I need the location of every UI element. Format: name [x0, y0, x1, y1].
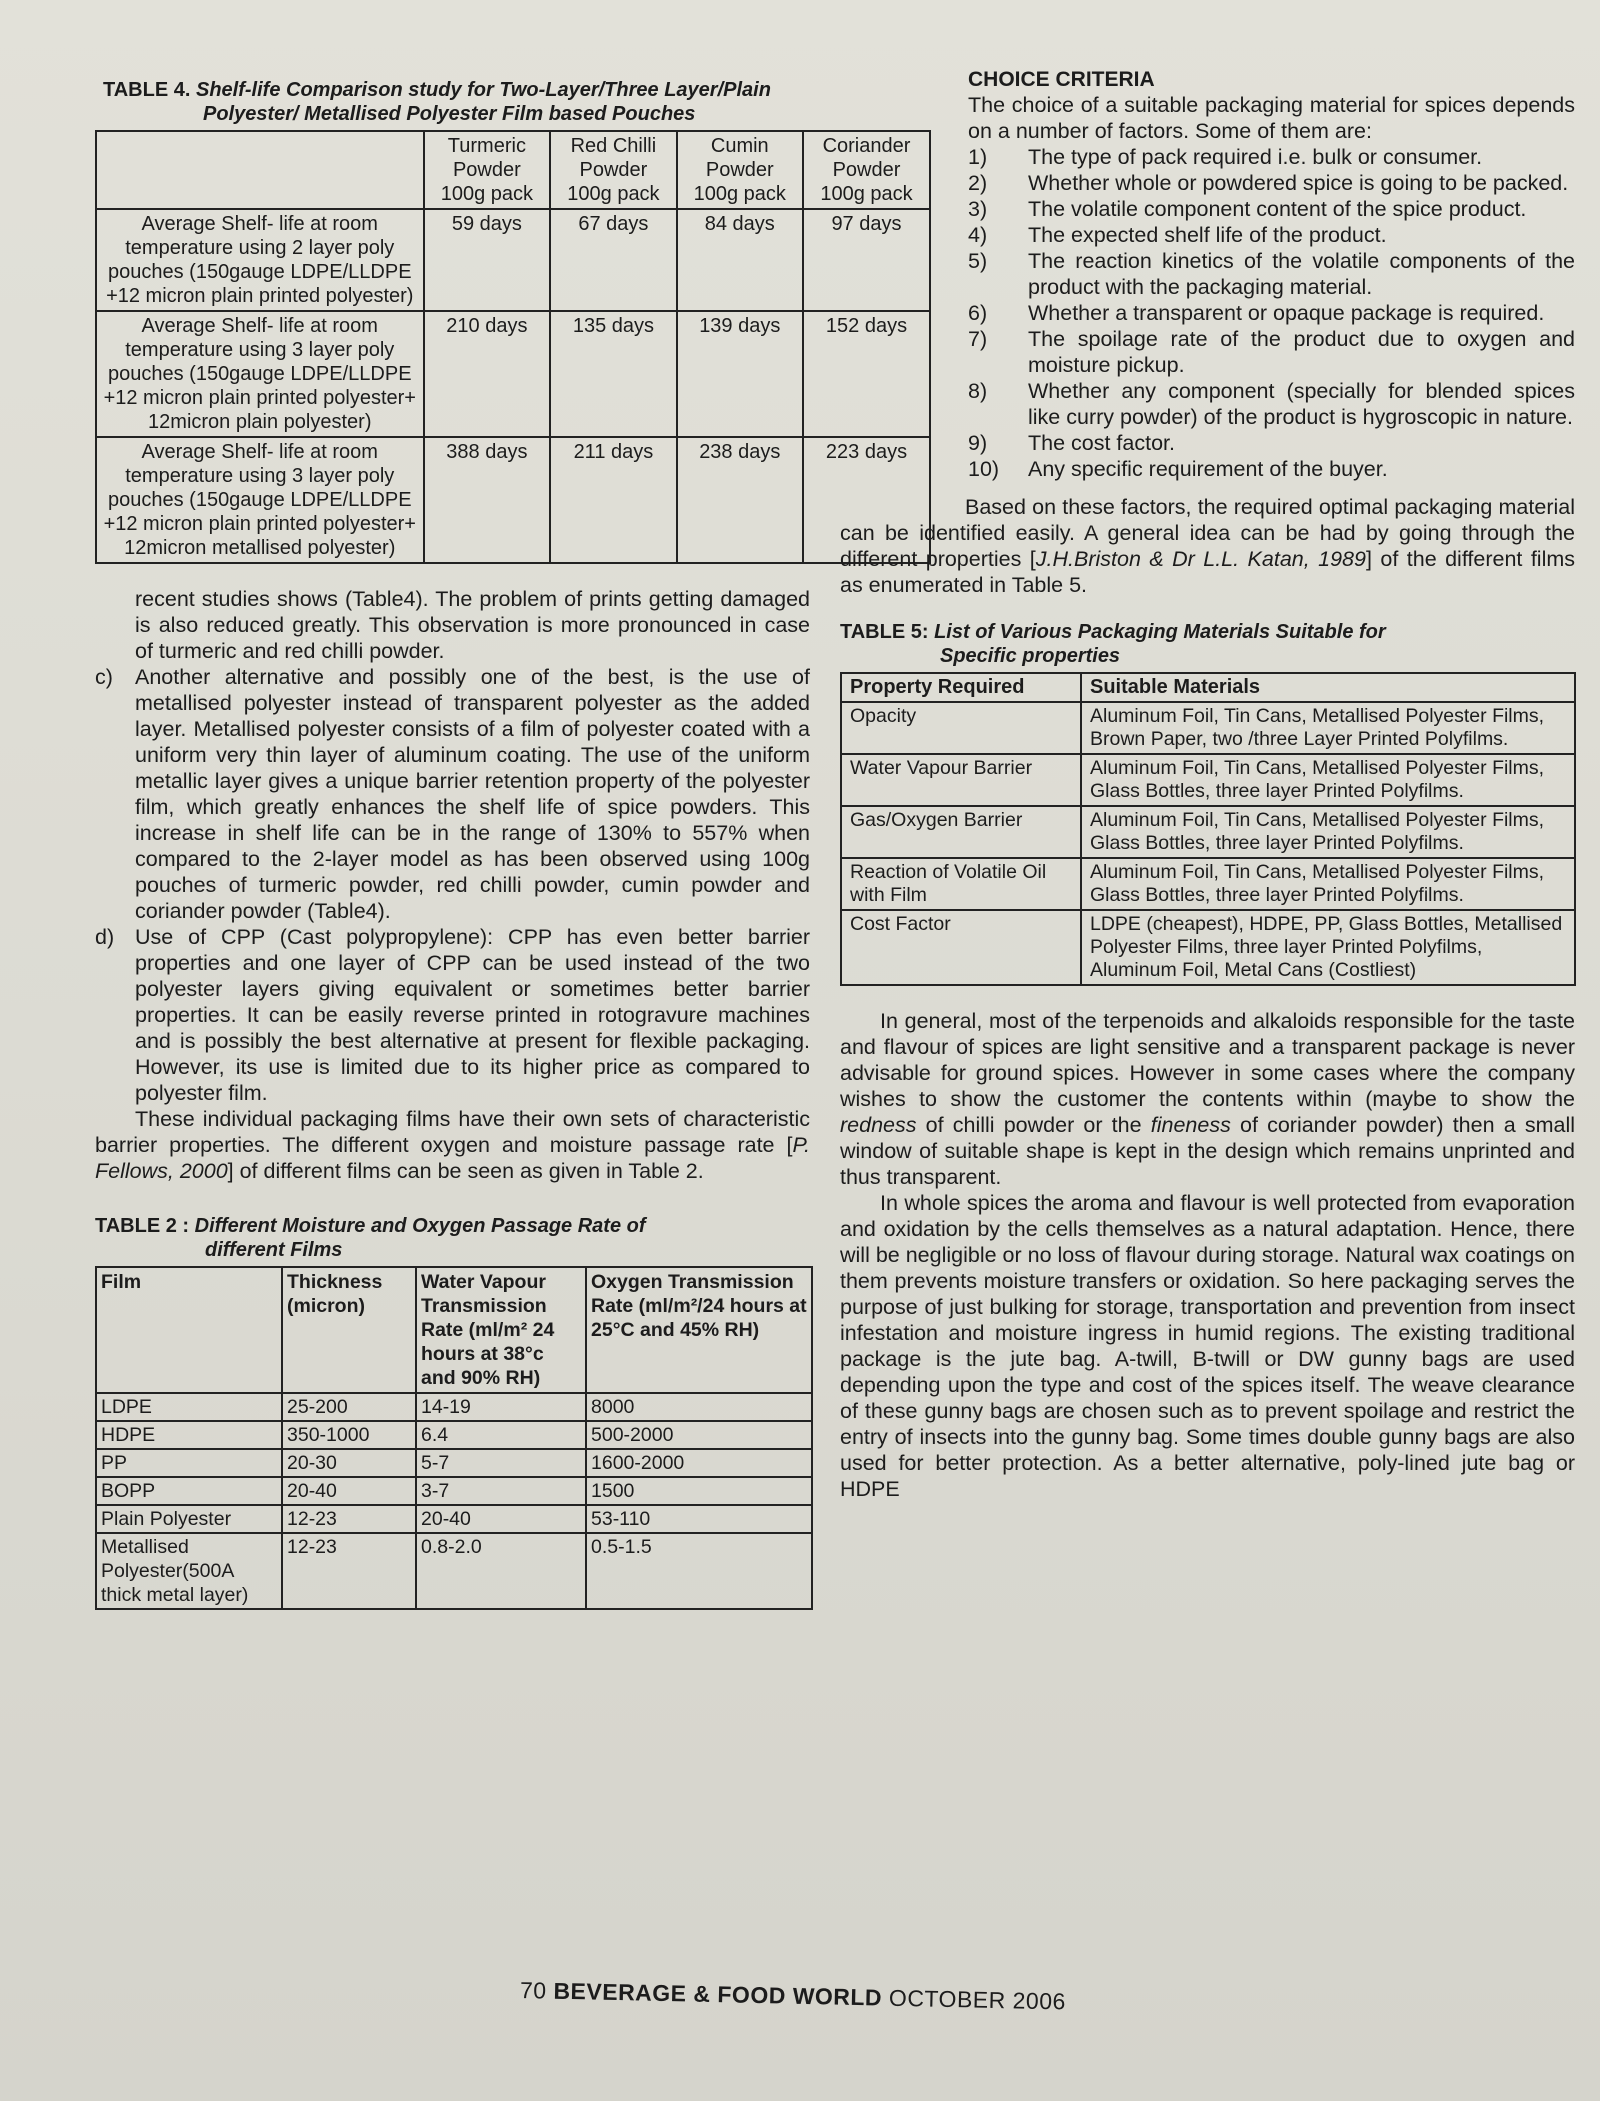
table-row: Opacity Aluminum Foil, Tin Cans, Metalli… [841, 702, 1575, 754]
choice-criteria-heading: CHOICE CRITERIA [968, 68, 1575, 92]
column-header: Turmeric Powder 100g pack [424, 131, 551, 209]
table-cell: 1500 [586, 1477, 812, 1505]
table2-passage-rates: Film Thickness (micron) Water Vapour Tra… [95, 1266, 813, 1610]
item-marker: 10) [968, 456, 1028, 482]
table-cell: LDPE (cheapest), HDPE, PP, Glass Bottles… [1081, 910, 1575, 985]
text-span: These individual packaging films have th… [95, 1107, 810, 1157]
table-cell: 59 days [424, 209, 551, 311]
table-cell: 238 days [677, 437, 803, 563]
criteria-item: 4)The expected shelf life of the product… [968, 222, 1575, 248]
table4-title-line2: Polyester/ Metallised Polyester Film bas… [103, 102, 935, 126]
table-cell: Metallised Polyester(500A thick metal la… [96, 1533, 282, 1609]
table-cell: Opacity [841, 702, 1081, 754]
item-text: The reaction kinetics of the volatile co… [1028, 248, 1575, 300]
criteria-item: 10)Any specific requirement of the buyer… [968, 456, 1575, 482]
table-row: Water Vapour Barrier Aluminum Foil, Tin … [841, 754, 1575, 806]
table2-label: TABLE 2 : [95, 1215, 189, 1237]
table5-packaging-materials: Property Required Suitable Materials Opa… [840, 672, 1576, 986]
table-cell: Plain Polyester [96, 1505, 282, 1533]
choice-criteria-section: The choice of a suitable packaging mater… [968, 92, 1575, 482]
text-span: In general, most of the terpenoids and a… [840, 1009, 1575, 1111]
criteria-item: 1)The type of pack required i.e. bulk or… [968, 144, 1575, 170]
list-item-d: d) Use of CPP (Cast polypropylene): CPP … [95, 924, 810, 1106]
criteria-item: 8)Whether any component (specially for b… [968, 378, 1575, 430]
table-header-row: Film Thickness (micron) Water Vapour Tra… [96, 1267, 812, 1393]
right-body-text: In general, most of the terpenoids and a… [840, 1008, 1575, 1502]
item-text: Any specific requirement of the buyer. [1028, 456, 1575, 482]
table-cell: 139 days [677, 311, 803, 437]
table-cell: 3-7 [416, 1477, 586, 1505]
table5-title-line1: List of Various Packaging Materials Suit… [934, 621, 1386, 643]
item-text: The spoilage rate of the product due to … [1028, 326, 1575, 378]
item-marker: 3) [968, 196, 1028, 222]
table-cell: 84 days [677, 209, 803, 311]
page-number: 70 [520, 1977, 547, 2004]
table-cell: 12-23 [282, 1533, 416, 1609]
table-row: PP 20-30 5-7 1600-2000 [96, 1449, 812, 1477]
continuation-paragraph: recent studies shows (Table4). The probl… [95, 586, 810, 664]
based-paragraph: Based on these factors, the required opt… [840, 494, 1575, 598]
table-row: Average Shelf- life at room temperature … [96, 209, 930, 311]
table4-label: TABLE 4. [103, 79, 190, 101]
table-cell: 500-2000 [586, 1421, 812, 1449]
column-header: Property Required [841, 673, 1081, 702]
row-label: Average Shelf- life at room temperature … [96, 311, 424, 437]
table-row: HDPE 350-1000 6.4 500-2000 [96, 1421, 812, 1449]
column-header: Thickness (micron) [282, 1267, 416, 1393]
item-text: The cost factor. [1028, 430, 1575, 456]
table-cell: 53-110 [586, 1505, 812, 1533]
table-cell: PP [96, 1449, 282, 1477]
item-text: The type of pack required i.e. bulk or c… [1028, 144, 1575, 170]
table-cell: Aluminum Foil, Tin Cans, Metallised Poly… [1081, 858, 1575, 910]
table-row: Average Shelf- life at room temperature … [96, 437, 930, 563]
item-marker: 2) [968, 170, 1028, 196]
item-text: Whether whole or powdered spice is going… [1028, 170, 1575, 196]
table-row: LDPE 25-200 14-19 8000 [96, 1393, 812, 1421]
table-header-row: Property Required Suitable Materials [841, 673, 1575, 702]
table-cell: 135 days [550, 311, 676, 437]
emphasis: fineness [1151, 1113, 1231, 1137]
magazine-name: BEVERAGE & FOOD WORLD [553, 1978, 882, 2011]
table5-title-line2: Specific properties [840, 644, 1575, 668]
left-column: TABLE 4. Shelf-life Comparison study for… [95, 78, 935, 1610]
table-cell: Aluminum Foil, Tin Cans, Metallised Poly… [1081, 702, 1575, 754]
criteria-intro: The choice of a suitable packaging mater… [968, 92, 1575, 144]
column-header: Cumin Powder 100g pack [677, 131, 803, 209]
item-text: Use of CPP (Cast polypropylene): CPP has… [135, 924, 810, 1106]
table-cell: 5-7 [416, 1449, 586, 1477]
item-marker: 9) [968, 430, 1028, 456]
table-row: Metallised Polyester(500A thick metal la… [96, 1533, 812, 1609]
item-marker: d) [95, 924, 135, 1106]
item-marker: 8) [968, 378, 1028, 430]
column-header: Oxygen Transmission Rate (ml/m²/24 hours… [586, 1267, 812, 1393]
item-text: The volatile component content of the sp… [1028, 196, 1575, 222]
table-row: Cost Factor LDPE (cheapest), HDPE, PP, G… [841, 910, 1575, 985]
criteria-item: 7)The spoilage rate of the product due t… [968, 326, 1575, 378]
item-marker: 5) [968, 248, 1028, 300]
item-text: Whether a transparent or opaque package … [1028, 300, 1575, 326]
text-span: of chilli powder or the [917, 1113, 1151, 1137]
table-cell: 6.4 [416, 1421, 586, 1449]
column-header: Water Vapour Transmission Rate (ml/m² 24… [416, 1267, 586, 1393]
criteria-item: 5)The reaction kinetics of the volatile … [968, 248, 1575, 300]
table-cell: 20-40 [416, 1505, 586, 1533]
table-cell: Aluminum Foil, Tin Cans, Metallised Poly… [1081, 806, 1575, 858]
table-cell: Water Vapour Barrier [841, 754, 1081, 806]
table5-caption: TABLE 5: List of Various Packaging Mater… [840, 620, 1575, 668]
table-row: Plain Polyester 12-23 20-40 53-110 [96, 1505, 812, 1533]
left-body-text: recent studies shows (Table4). The probl… [95, 586, 810, 1184]
table-cell: 14-19 [416, 1393, 586, 1421]
table-cell: LDPE [96, 1393, 282, 1421]
table-cell: 388 days [424, 437, 551, 563]
table5-label: TABLE 5: [840, 621, 929, 643]
table-cell: BOPP [96, 1477, 282, 1505]
item-text: Whether any component (specially for ble… [1028, 378, 1575, 430]
magazine-page: TABLE 4. Shelf-life Comparison study for… [0, 0, 1600, 2101]
table-cell: 25-200 [282, 1393, 416, 1421]
row-label: Average Shelf- life at room temperature … [96, 437, 424, 563]
row-label: Average Shelf- life at room temperature … [96, 209, 424, 311]
criteria-item: 6)Whether a transparent or opaque packag… [968, 300, 1575, 326]
table-row: Gas/Oxygen Barrier Aluminum Foil, Tin Ca… [841, 806, 1575, 858]
item-marker: 4) [968, 222, 1028, 248]
table4-shelf-life: Turmeric Powder 100g pack Red Chilli Pow… [95, 130, 931, 564]
item-marker: c) [95, 664, 135, 924]
table-cell: 210 days [424, 311, 551, 437]
table-header-row: Turmeric Powder 100g pack Red Chilli Pow… [96, 131, 930, 209]
item-marker: 6) [968, 300, 1028, 326]
table4-title-line1: Shelf-life Comparison study for Two-Laye… [196, 79, 771, 101]
table-cell: 8000 [586, 1393, 812, 1421]
table2-caption: TABLE 2 : Different Moisture and Oxygen … [95, 1214, 935, 1262]
issue-date: OCTOBER 2006 [889, 1985, 1066, 2015]
films-paragraph: These individual packaging films have th… [95, 1106, 810, 1184]
table4-caption: TABLE 4. Shelf-life Comparison study for… [103, 78, 935, 126]
table-row: BOPP 20-40 3-7 1500 [96, 1477, 812, 1505]
table-cell: 12-23 [282, 1505, 416, 1533]
whole-spices-paragraph: In whole spices the aroma and flavour is… [840, 1190, 1575, 1502]
table-header-blank [96, 131, 424, 209]
table-cell: Aluminum Foil, Tin Cans, Metallised Poly… [1081, 754, 1575, 806]
table-cell: Gas/Oxygen Barrier [841, 806, 1081, 858]
criteria-item: 2)Whether whole or powdered spice is goi… [968, 170, 1575, 196]
table-cell: 0.5-1.5 [586, 1533, 812, 1609]
column-header: Suitable Materials [1081, 673, 1575, 702]
table-cell: 20-40 [282, 1477, 416, 1505]
table-cell: 211 days [550, 437, 676, 563]
item-marker: 1) [968, 144, 1028, 170]
criteria-item: 3)The volatile component content of the … [968, 196, 1575, 222]
table-row: Reaction of Volatile Oil with Film Alumi… [841, 858, 1575, 910]
table-cell: Reaction of Volatile Oil with Film [841, 858, 1081, 910]
emphasis: redness [840, 1113, 917, 1137]
criteria-item: 9)The cost factor. [968, 430, 1575, 456]
item-text: Another alternative and possibly one of … [135, 664, 810, 924]
right-column: CHOICE CRITERIA The choice of a suitable… [840, 68, 1575, 1502]
table-cell: 0.8-2.0 [416, 1533, 586, 1609]
general-paragraph: In general, most of the terpenoids and a… [840, 1008, 1575, 1190]
item-marker: 7) [968, 326, 1028, 378]
column-header: Red Chilli Powder 100g pack [550, 131, 676, 209]
page-footer: 70 BEVERAGE & FOOD WORLD OCTOBER 2006 [520, 1977, 1066, 2015]
table-cell: Cost Factor [841, 910, 1081, 985]
column-header: Film [96, 1267, 282, 1393]
text-span: ] of different films can be seen as give… [228, 1159, 704, 1183]
table-cell: HDPE [96, 1421, 282, 1449]
table-row: Average Shelf- life at room temperature … [96, 311, 930, 437]
table-cell: 20-30 [282, 1449, 416, 1477]
table-cell: 1600-2000 [586, 1449, 812, 1477]
citation: J.H.Briston & Dr L.L. Katan, 1989 [1036, 547, 1366, 571]
list-item-c: c) Another alternative and possibly one … [95, 664, 810, 924]
item-text: The expected shelf life of the product. [1028, 222, 1575, 248]
table-cell: 350-1000 [282, 1421, 416, 1449]
table-cell: 67 days [550, 209, 676, 311]
table2-title-line1: Different Moisture and Oxygen Passage Ra… [195, 1215, 646, 1237]
table2-title-line2: different Films [95, 1238, 935, 1262]
